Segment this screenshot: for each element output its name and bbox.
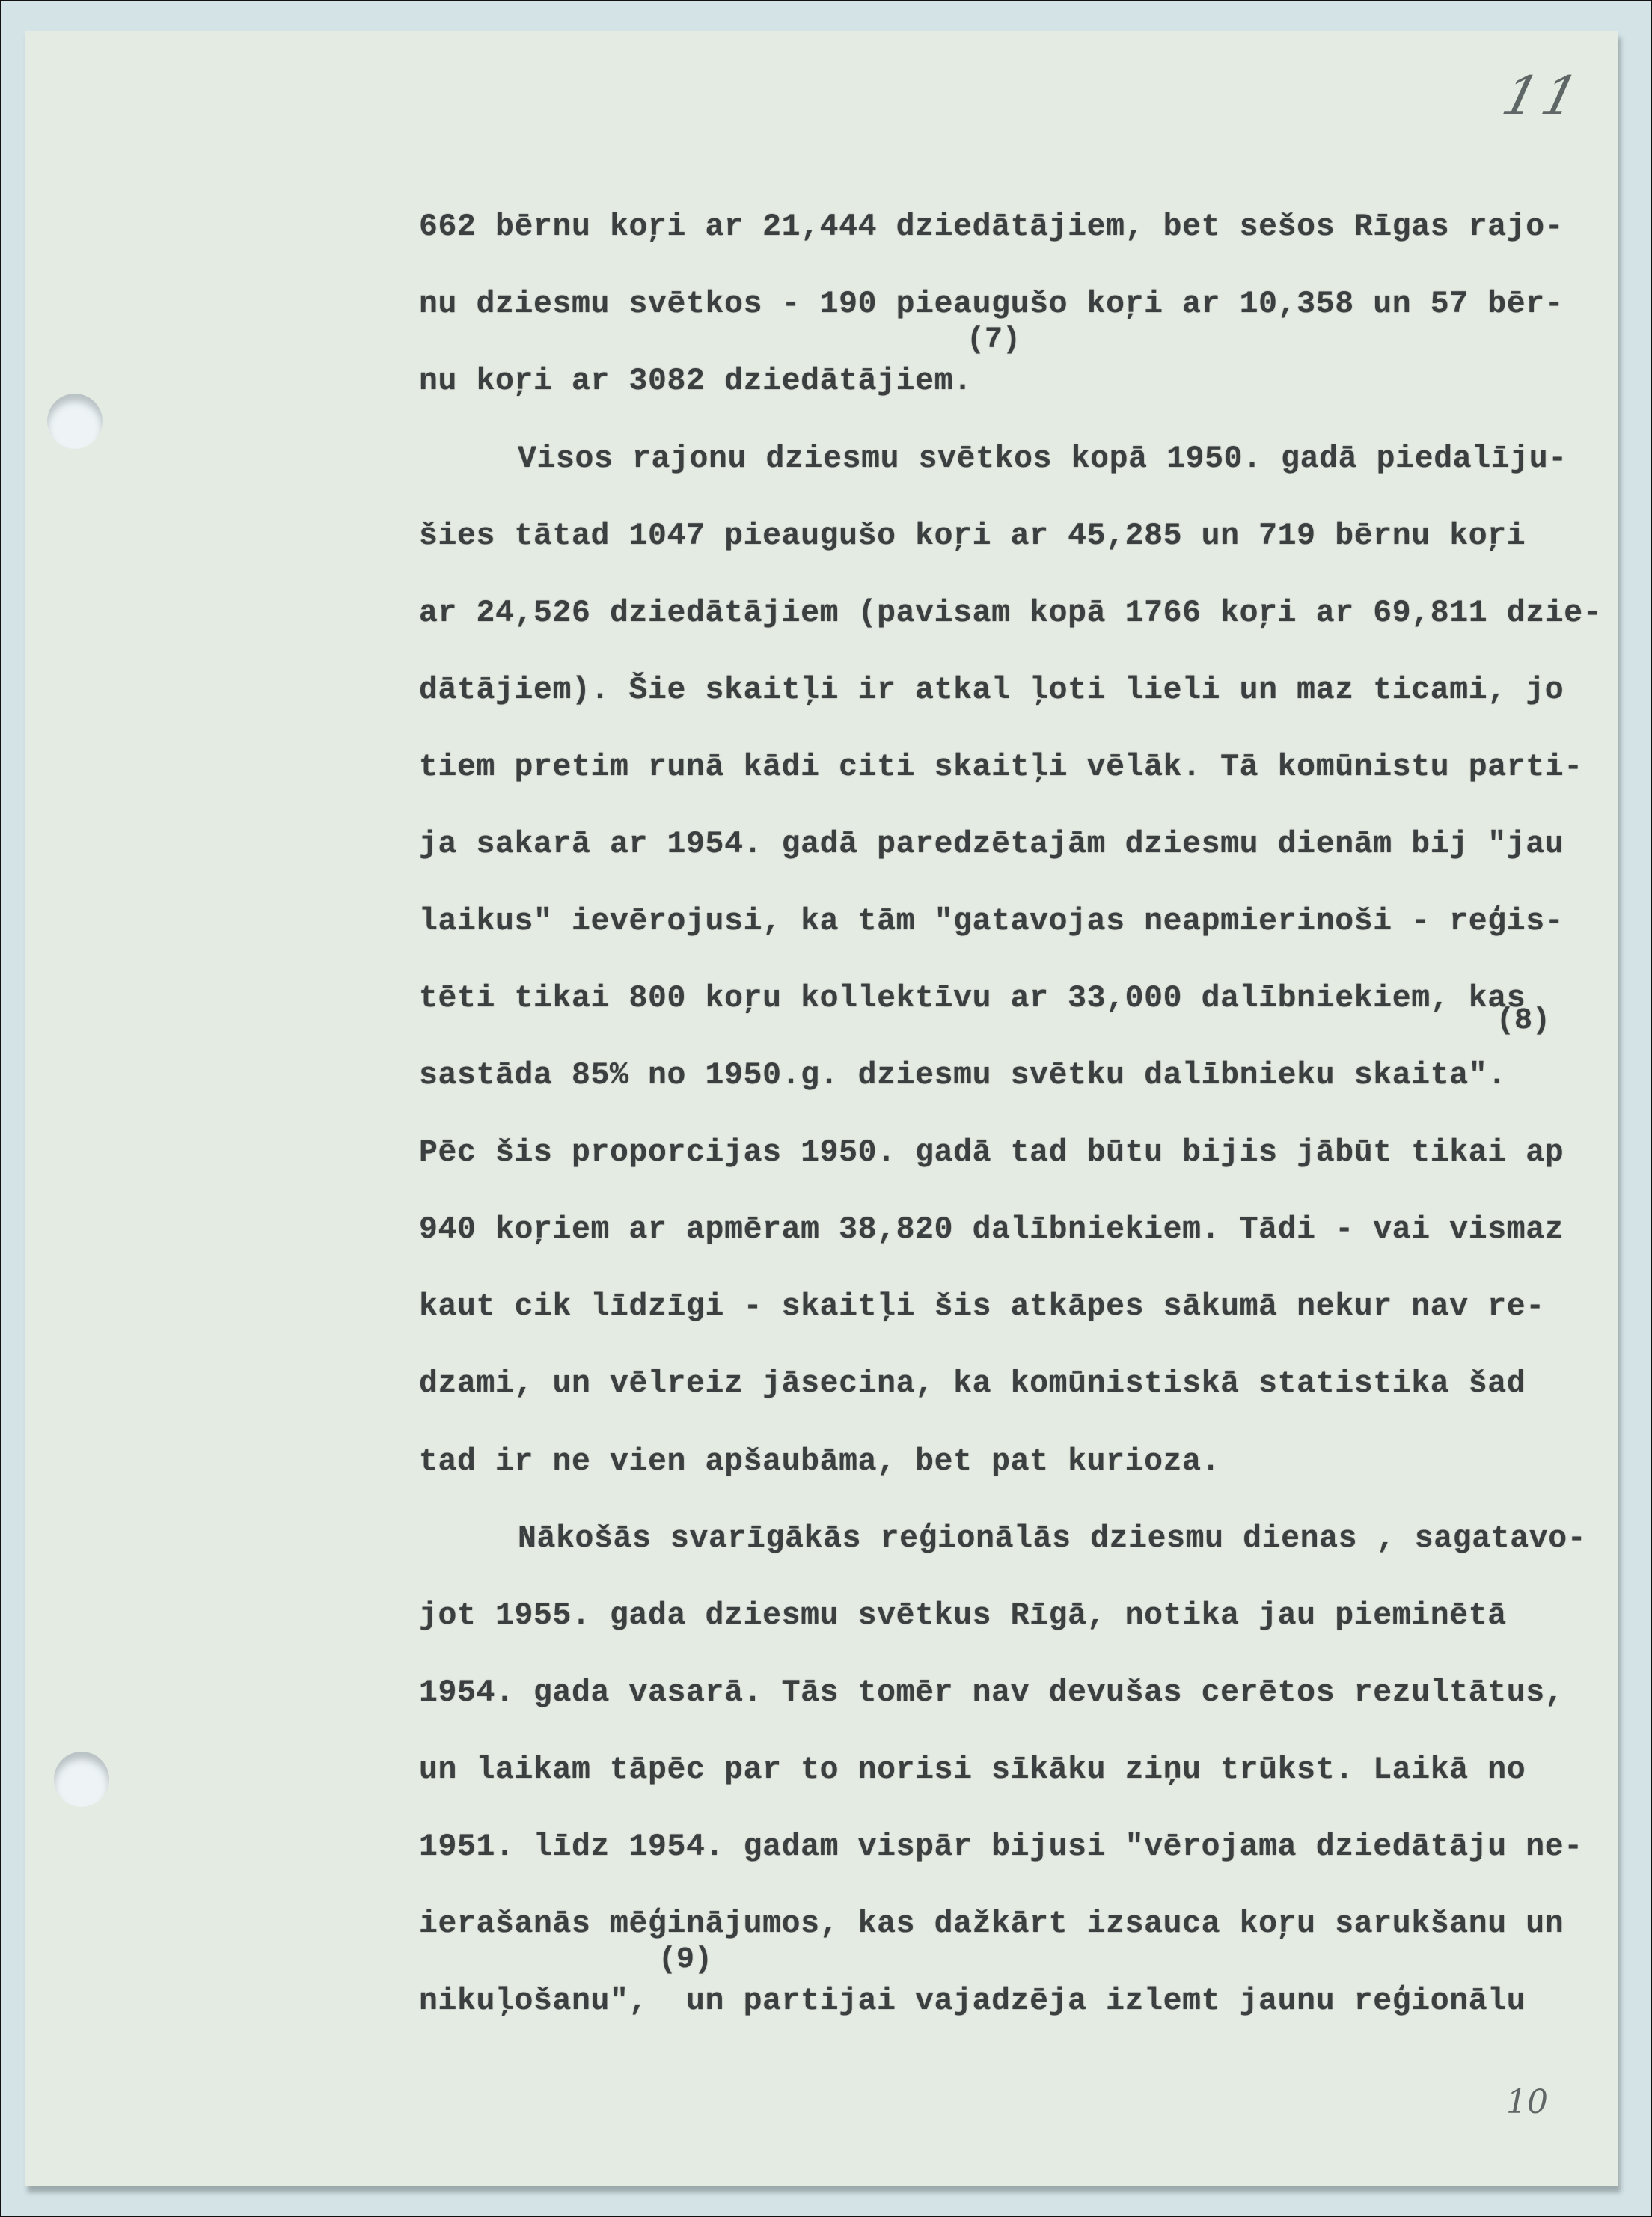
text-line: nu dziesmu svētkos - 190 pieaugušo koŗi … [419,289,1564,320]
punch-hole-bottom [54,1752,109,1807]
handwritten-page-number-bottom: 10 [1506,2083,1548,2121]
text-line: tiem pretim runā kādi citi skaitļi vēlāk… [419,752,1583,783]
text-line: dzami, un vēlreiz jāsecina, ka komūnisti… [419,1369,1526,1400]
text-line: 940 koŗiem ar apmēram 38,820 dalībniekie… [419,1214,1564,1246]
text-line: 1951. līdz 1954. gadam vispār bijusi "vē… [419,1832,1583,1863]
text-line: un laikam tāpēc par to norisi sīkāku ziņ… [419,1755,1526,1786]
text-line: nu koŗi ar 3082 dziedātājiem. [419,366,973,397]
text-line: Pēc šis proporcijas 1950. gadā tad būtu … [419,1137,1564,1169]
handwritten-page-number-top: 11 [1496,64,1590,127]
text-line: 662 bērnu koŗi ar 21,444 dziedātājiem, b… [419,212,1564,243]
text-line: dātājiem). Šie skaitļi ir atkal ļoti lie… [419,675,1564,706]
text-line: kaut cik līdzīgi - skaitļi šis atkāpes s… [419,1291,1545,1323]
text-line: laikus" ievērojusi, ka tām "gatavojas ne… [419,906,1564,938]
footnote-marker-7: (7) [967,325,1021,355]
text-line: tēti tikai 800 koŗu kollektīvu ar 33,000… [419,983,1526,1015]
text-line: ar 24,526 dziedātājiem (pavisam kopā 176… [419,598,1602,629]
text-line: sastāda 85% no 1950.g. dziesmu svētku da… [419,1060,1507,1092]
text-line: ierašanās mēģinājumos, kas dažkārt izsau… [419,1909,1564,1940]
footnote-marker-9: (9) [658,1945,712,1975]
paragraph-start-line: Visos rajonu dziesmu svētkos kopā 1950. … [518,444,1567,475]
text-line: 1954. gada vasarā. Tās tomēr nav devušas… [419,1678,1564,1709]
text-line: ja sakarā ar 1954. gadā paredzētajām dzi… [419,829,1564,860]
text-line: nikuļošanu", un partijai vajadzēja izlem… [419,1986,1526,2017]
paragraph-start-line: Nākošās svarīgākās reģionālās dziesmu di… [518,1523,1586,1555]
text-line: tad ir ne vien apšaubāma, bet pat kurioz… [419,1446,1220,1478]
text-line: jot 1955. gada dziesmu svētkus Rīgā, not… [419,1600,1507,1632]
text-line: šies tātad 1047 pieaugušo koŗi ar 45,285… [419,521,1526,552]
footnote-marker-8: (8) [1496,1006,1550,1036]
punch-hole-top [47,394,103,449]
